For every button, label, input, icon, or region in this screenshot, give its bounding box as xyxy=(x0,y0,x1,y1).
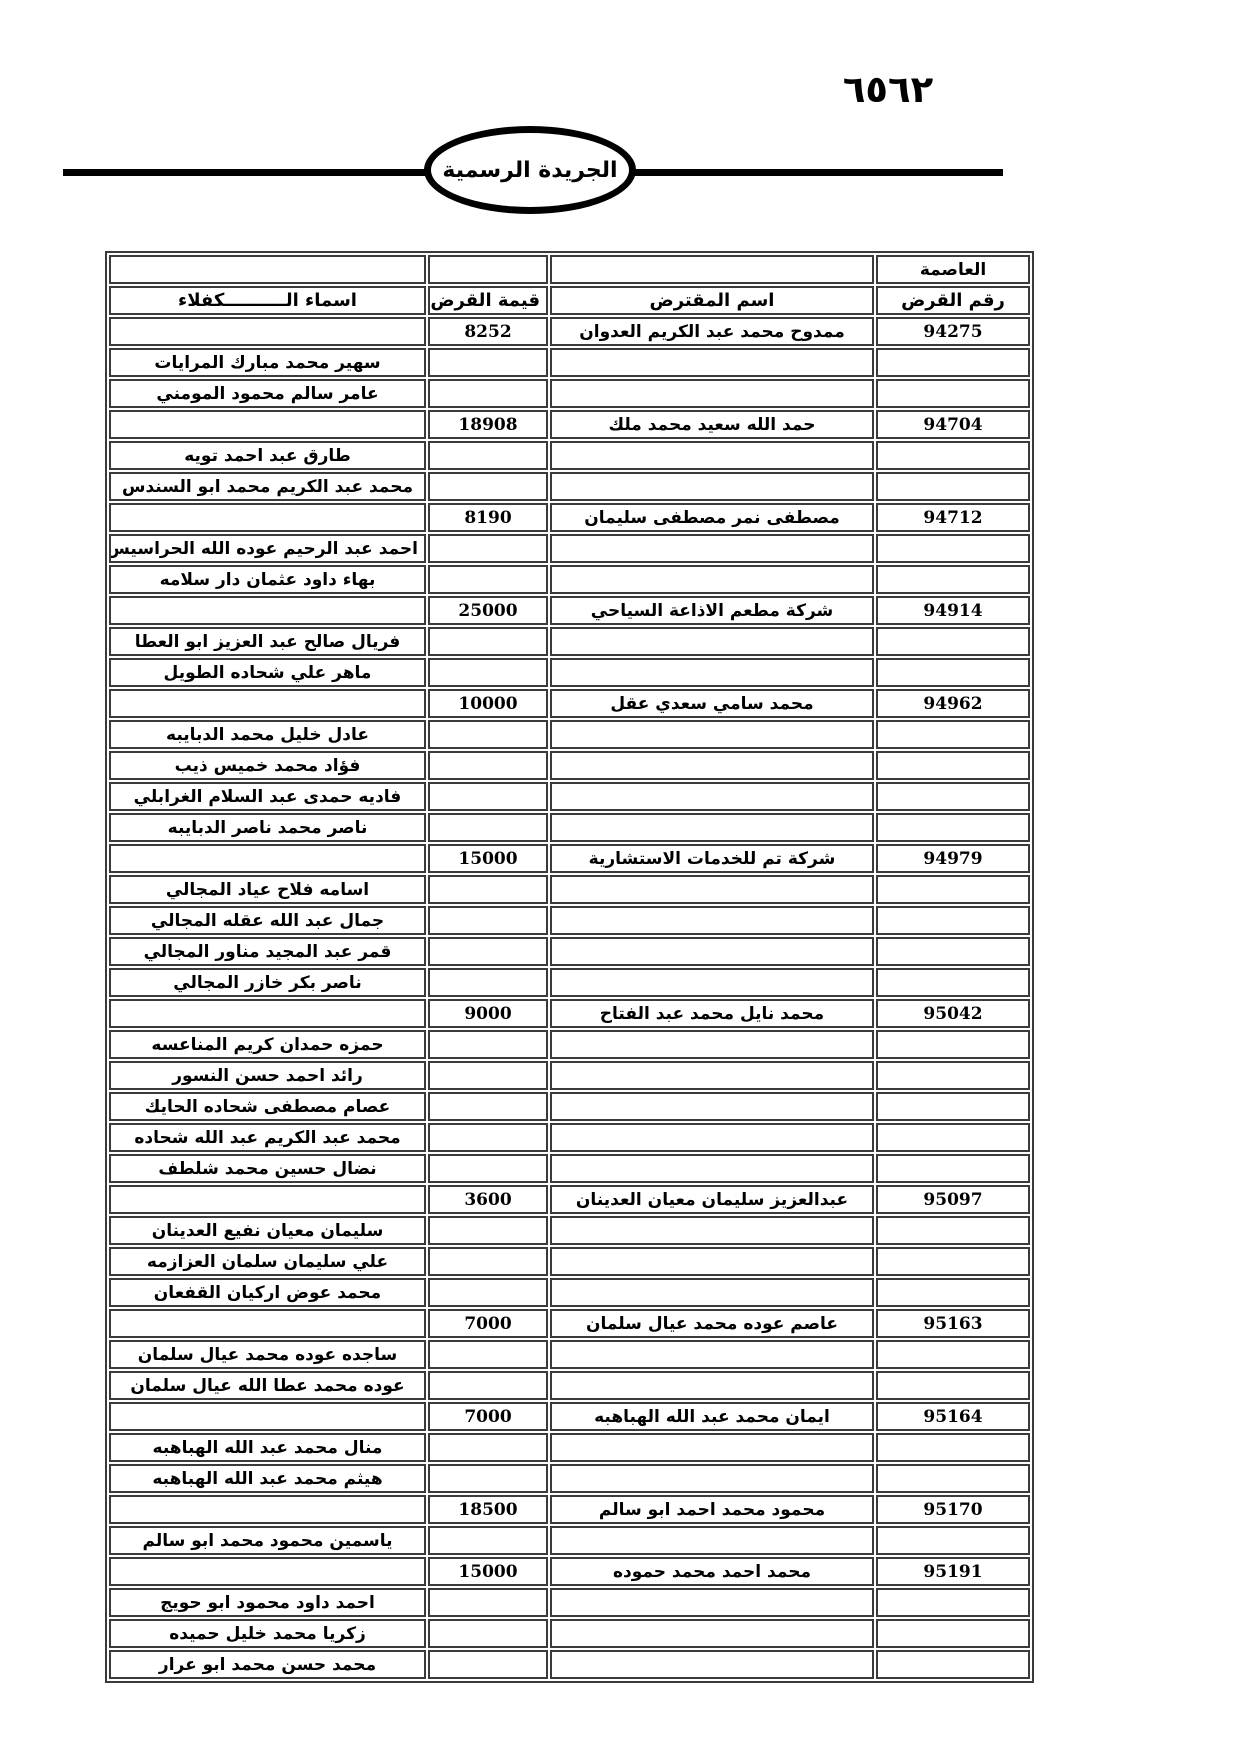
table-row: طارق عبد احمد تويه xyxy=(109,441,1030,470)
amount-cell: 10000 xyxy=(428,689,548,718)
guarantor-cell: عامر سالم محمود المومني xyxy=(109,379,426,408)
guarantor-cell: ناصر بكر خازر المجالي xyxy=(109,968,426,997)
borrower-cell xyxy=(550,1123,874,1152)
amount-cell xyxy=(428,875,548,904)
amount-cell xyxy=(428,1247,548,1276)
region-row: العاصمة xyxy=(109,255,1030,284)
table-row: 94979 شركة تم للخدمات الاستشارية 15000 xyxy=(109,844,1030,873)
table-row: 95042 محمد نايل محمد عبد الفتاح 9000 xyxy=(109,999,1030,1028)
borrower-cell xyxy=(550,1216,874,1245)
loan-number-cell xyxy=(876,1464,1030,1493)
guarantor-cell: ساجده عوده محمد عيال سلمان xyxy=(109,1340,426,1369)
borrower-cell xyxy=(550,1030,874,1059)
borrower-cell xyxy=(550,1526,874,1555)
amount-cell: 18500 xyxy=(428,1495,548,1524)
borrower-cell xyxy=(550,1278,874,1307)
amount-cell xyxy=(428,441,548,470)
borrower-cell: محمد سامي سعدي عقل xyxy=(550,689,874,718)
table-row: 94712 مصطفى نمر مصطفى سليمان 8190 xyxy=(109,503,1030,532)
borrower-cell: عبدالعزيز سليمان معيان العدينان xyxy=(550,1185,874,1214)
table-row: علي سليمان سلمان العزازمه xyxy=(109,1247,1030,1276)
loan-number-cell xyxy=(876,348,1030,377)
borrower-cell xyxy=(550,565,874,594)
amount-cell xyxy=(428,565,548,594)
amount-cell xyxy=(428,906,548,935)
loan-number-cell: 94962 xyxy=(876,689,1030,718)
loan-number-cell xyxy=(876,658,1030,687)
amount-cell: 8190 xyxy=(428,503,548,532)
guarantor-cell: هيثم محمد عبد الله الهباهبه xyxy=(109,1464,426,1493)
table-row: قمر عبد المجيد مناور المجالي xyxy=(109,937,1030,966)
amount-cell xyxy=(428,1061,548,1090)
amount-cell xyxy=(428,534,548,563)
borrower-cell: ايمان محمد عبد الله الهباهبه xyxy=(550,1402,874,1431)
borrower-cell xyxy=(550,1092,874,1121)
loan-number-cell xyxy=(876,751,1030,780)
table-row: محمد عوض اركيان القفعان xyxy=(109,1278,1030,1307)
loan-number-cell: 94704 xyxy=(876,410,1030,439)
loan-number-cell xyxy=(876,1650,1030,1679)
amount-cell xyxy=(428,1433,548,1462)
guarantor-cell: عادل خليل محمد الدبايبه xyxy=(109,720,426,749)
loan-number-cell xyxy=(876,627,1030,656)
amount-cell xyxy=(428,1154,548,1183)
amount-cell: 15000 xyxy=(428,1557,548,1586)
borrower-cell: شركة تم للخدمات الاستشارية xyxy=(550,844,874,873)
borrower-cell xyxy=(550,1247,874,1276)
loan-number-cell xyxy=(876,906,1030,935)
borrower-cell: محمد نايل محمد عبد الفتاح xyxy=(550,999,874,1028)
amount-cell xyxy=(428,968,548,997)
amount-cell xyxy=(428,472,548,501)
table-row: حمزه حمدان كريم المناعسه xyxy=(109,1030,1030,1059)
loans-table: العاصمة رقم القرض اسم المقترض قيمة القرض… xyxy=(105,251,1034,1683)
guarantor-cell: نضال حسين محمد شلطف xyxy=(109,1154,426,1183)
table-row: منال محمد عبد الله الهباهبه xyxy=(109,1433,1030,1462)
guarantor-cell: زكريا محمد خليل حميده xyxy=(109,1619,426,1648)
table-row: 94704 حمد الله سعيد محمد ملك 18908 xyxy=(109,410,1030,439)
amount-cell xyxy=(428,1650,548,1679)
table-row: ياسمين محمود محمد ابو سالم xyxy=(109,1526,1030,1555)
amount-cell xyxy=(428,348,548,377)
amount-cell xyxy=(428,1526,548,1555)
amount-cell xyxy=(428,1588,548,1617)
guarantor-cell: احمد داود محمود ابو حويج xyxy=(109,1588,426,1617)
table-row: محمد حسن محمد ابو عرار xyxy=(109,1650,1030,1679)
guarantor-cell xyxy=(109,999,426,1028)
table-row: ناصر محمد ناصر الدبايبه xyxy=(109,813,1030,842)
borrower-cell xyxy=(550,441,874,470)
loan-number-cell xyxy=(876,1371,1030,1400)
guarantor-cell: بهاء داود عثمان دار سلامه xyxy=(109,565,426,594)
borrower-cell xyxy=(550,1650,874,1679)
table-row: بهاء داود عثمان دار سلامه xyxy=(109,565,1030,594)
table-row: رائد احمد حسن النسور xyxy=(109,1061,1030,1090)
amount-cell xyxy=(428,937,548,966)
borrower-cell xyxy=(550,782,874,811)
loan-number-cell: 95191 xyxy=(876,1557,1030,1586)
guarantor-cell xyxy=(109,844,426,873)
guarantor-cell: طارق عبد احمد تويه xyxy=(109,441,426,470)
loan-number-cell xyxy=(876,813,1030,842)
loan-number-cell xyxy=(876,565,1030,594)
loan-number-cell: 94979 xyxy=(876,844,1030,873)
borrower-cell xyxy=(550,1464,874,1493)
amount-cell xyxy=(428,1278,548,1307)
table-row: 95170 محمود محمد احمد ابو سالم 18500 xyxy=(109,1495,1030,1524)
table-row: سليمان معيان نفيع العدينان xyxy=(109,1216,1030,1245)
header-borrower: اسم المقترض xyxy=(550,286,874,315)
guarantor-cell xyxy=(109,1402,426,1431)
amount-cell xyxy=(428,1123,548,1152)
amount-cell xyxy=(428,658,548,687)
guarantor-cell xyxy=(109,410,426,439)
amount-cell xyxy=(428,1092,548,1121)
amount-cell xyxy=(428,782,548,811)
table-row: جمال عبد الله عقله المجالي xyxy=(109,906,1030,935)
loan-number-cell: 94275 xyxy=(876,317,1030,346)
table-row: عوده محمد عطا الله عيال سلمان xyxy=(109,1371,1030,1400)
table-row: احمد عبد الرحيم عوده الله الحراسيس xyxy=(109,534,1030,563)
guarantor-cell: ناصر محمد ناصر الدبايبه xyxy=(109,813,426,842)
borrower-cell: شركة مطعم الاذاعة السياحي xyxy=(550,596,874,625)
loan-number-cell xyxy=(876,875,1030,904)
table-row: 95097 عبدالعزيز سليمان معيان العدينان 36… xyxy=(109,1185,1030,1214)
guarantor-cell xyxy=(109,689,426,718)
borrower-cell xyxy=(550,658,874,687)
amount-cell xyxy=(428,1030,548,1059)
table-row: هيثم محمد عبد الله الهباهبه xyxy=(109,1464,1030,1493)
borrower-cell xyxy=(550,472,874,501)
borrower-cell xyxy=(550,627,874,656)
guarantor-cell: سهير محمد مبارك المرايات xyxy=(109,348,426,377)
loan-number-cell: 94914 xyxy=(876,596,1030,625)
borrower-cell: مصطفى نمر مصطفى سليمان xyxy=(550,503,874,532)
borrower-cell: حمد الله سعيد محمد ملك xyxy=(550,410,874,439)
amount-cell: 7000 xyxy=(428,1309,548,1338)
region-label-cell: العاصمة xyxy=(876,255,1030,284)
table-row: عادل خليل محمد الدبايبه xyxy=(109,720,1030,749)
loan-number-cell: 95097 xyxy=(876,1185,1030,1214)
amount-cell xyxy=(428,1371,548,1400)
empty-cell xyxy=(428,255,548,284)
table-row: احمد داود محمود ابو حويج xyxy=(109,1588,1030,1617)
guarantor-cell: محمد عبد الكريم محمد ابو السندس xyxy=(109,472,426,501)
gazette-title-oval: الجريدة الرسمية xyxy=(424,126,636,214)
guarantor-cell: ماهر علي شحاده الطويل xyxy=(109,658,426,687)
guarantor-cell: علي سليمان سلمان العزازمه xyxy=(109,1247,426,1276)
guarantor-cell: محمد عوض اركيان القفعان xyxy=(109,1278,426,1307)
loan-number-cell xyxy=(876,1619,1030,1648)
loan-number-cell xyxy=(876,1092,1030,1121)
amount-cell xyxy=(428,627,548,656)
borrower-cell xyxy=(550,1061,874,1090)
borrower-cell xyxy=(550,875,874,904)
guarantor-cell: قمر عبد المجيد مناور المجالي xyxy=(109,937,426,966)
guarantor-cell: اسامه فلاح عياد المجالي xyxy=(109,875,426,904)
amount-cell: 9000 xyxy=(428,999,548,1028)
amount-cell xyxy=(428,751,548,780)
borrower-cell xyxy=(550,1588,874,1617)
loan-number-cell xyxy=(876,1588,1030,1617)
loan-number-cell xyxy=(876,534,1030,563)
guarantor-cell: جمال عبد الله عقله المجالي xyxy=(109,906,426,935)
guarantor-cell: منال محمد عبد الله الهباهبه xyxy=(109,1433,426,1462)
borrower-cell: محمد احمد محمد حموده xyxy=(550,1557,874,1586)
table-row: عصام مصطفى شحاده الحايك xyxy=(109,1092,1030,1121)
guarantor-cell: عوده محمد عطا الله عيال سلمان xyxy=(109,1371,426,1400)
table-row: اسامه فلاح عياد المجالي xyxy=(109,875,1030,904)
guarantor-cell: محمد عبد الكريم عبد الله شحاده xyxy=(109,1123,426,1152)
amount-cell: 15000 xyxy=(428,844,548,873)
guarantor-cell xyxy=(109,1309,426,1338)
borrower-cell: ممدوح محمد عبد الكريم العدوان xyxy=(550,317,874,346)
guarantor-cell: رائد احمد حسن النسور xyxy=(109,1061,426,1090)
table-row: سهير محمد مبارك المرايات xyxy=(109,348,1030,377)
guarantor-cell: محمد حسن محمد ابو عرار xyxy=(109,1650,426,1679)
table-row: 95164 ايمان محمد عبد الله الهباهبه 7000 xyxy=(109,1402,1030,1431)
loan-number-cell: 95170 xyxy=(876,1495,1030,1524)
borrower-cell: عاصم عوده محمد عيال سلمان xyxy=(550,1309,874,1338)
amount-cell: 8252 xyxy=(428,317,548,346)
table-row: محمد عبد الكريم عبد الله شحاده xyxy=(109,1123,1030,1152)
borrower-cell xyxy=(550,968,874,997)
guarantor-cell xyxy=(109,596,426,625)
loan-number-cell xyxy=(876,720,1030,749)
guarantor-cell xyxy=(109,1557,426,1586)
guarantor-cell: احمد عبد الرحيم عوده الله الحراسيس xyxy=(109,534,426,563)
guarantor-cell: حمزه حمدان كريم المناعسه xyxy=(109,1030,426,1059)
amount-cell xyxy=(428,1619,548,1648)
gazette-title: الجريدة الرسمية xyxy=(442,158,617,183)
borrower-cell xyxy=(550,379,874,408)
table-row: 95163 عاصم عوده محمد عيال سلمان 7000 xyxy=(109,1309,1030,1338)
header-guarantors: اسماء الــــــــــكفلاء xyxy=(109,286,426,315)
amount-cell: 7000 xyxy=(428,1402,548,1431)
borrower-cell xyxy=(550,937,874,966)
loan-number-cell xyxy=(876,1216,1030,1245)
table-row: 94275 ممدوح محمد عبد الكريم العدوان 8252 xyxy=(109,317,1030,346)
borrower-cell xyxy=(550,1433,874,1462)
amount-cell: 3600 xyxy=(428,1185,548,1214)
page-number: ٦٥٦٢ xyxy=(828,68,948,111)
loan-number-cell: 95164 xyxy=(876,1402,1030,1431)
borrower-cell xyxy=(550,348,874,377)
table-row: محمد عبد الكريم محمد ابو السندس xyxy=(109,472,1030,501)
borrower-cell xyxy=(550,1154,874,1183)
table-row: 95191 محمد احمد محمد حموده 15000 xyxy=(109,1557,1030,1586)
empty-cell xyxy=(109,255,426,284)
loan-number-cell xyxy=(876,1340,1030,1369)
guarantor-cell: فريال صالح عبد العزيز ابو العطا xyxy=(109,627,426,656)
borrower-cell: محمود محمد احمد ابو سالم xyxy=(550,1495,874,1524)
table-row: فؤاد محمد خميس ذيب xyxy=(109,751,1030,780)
table-row: ساجده عوده محمد عيال سلمان xyxy=(109,1340,1030,1369)
guarantor-cell xyxy=(109,1185,426,1214)
borrower-cell xyxy=(550,751,874,780)
amount-cell: 25000 xyxy=(428,596,548,625)
table-row: 94914 شركة مطعم الاذاعة السياحي 25000 xyxy=(109,596,1030,625)
loan-number-cell xyxy=(876,1030,1030,1059)
loan-number-cell xyxy=(876,968,1030,997)
table-row: فاديه حمدى عبد السلام الغرابلي xyxy=(109,782,1030,811)
loan-number-cell xyxy=(876,1247,1030,1276)
loan-number-cell xyxy=(876,1123,1030,1152)
table-row: فريال صالح عبد العزيز ابو العطا xyxy=(109,627,1030,656)
amount-cell xyxy=(428,813,548,842)
guarantor-cell xyxy=(109,1495,426,1524)
loan-number-cell xyxy=(876,1278,1030,1307)
table-row: ماهر علي شحاده الطويل xyxy=(109,658,1030,687)
loan-number-cell: 94712 xyxy=(876,503,1030,532)
guarantor-cell xyxy=(109,317,426,346)
borrower-cell xyxy=(550,534,874,563)
loan-number-cell: 95042 xyxy=(876,999,1030,1028)
guarantor-cell: عصام مصطفى شحاده الحايك xyxy=(109,1092,426,1121)
borrower-cell xyxy=(550,720,874,749)
guarantor-cell: فؤاد محمد خميس ذيب xyxy=(109,751,426,780)
amount-cell xyxy=(428,720,548,749)
header-loan-number: رقم القرض xyxy=(876,286,1030,315)
loans-table-body: العاصمة رقم القرض اسم المقترض قيمة القرض… xyxy=(109,255,1030,1679)
amount-cell: 18908 xyxy=(428,410,548,439)
table-row: ناصر بكر خازر المجالي xyxy=(109,968,1030,997)
amount-cell xyxy=(428,1464,548,1493)
loan-number-cell xyxy=(876,1526,1030,1555)
borrower-cell xyxy=(550,1619,874,1648)
guarantor-cell: ياسمين محمود محمد ابو سالم xyxy=(109,1526,426,1555)
loan-number-cell xyxy=(876,782,1030,811)
loan-number-cell: 95163 xyxy=(876,1309,1030,1338)
loan-number-cell xyxy=(876,379,1030,408)
borrower-cell xyxy=(550,1340,874,1369)
header-amount: قيمة القرض xyxy=(428,286,548,315)
table-row: عامر سالم محمود المومني xyxy=(109,379,1030,408)
guarantor-cell: سليمان معيان نفيع العدينان xyxy=(109,1216,426,1245)
table-row: نضال حسين محمد شلطف xyxy=(109,1154,1030,1183)
header-row: رقم القرض اسم المقترض قيمة القرض اسماء ا… xyxy=(109,286,1030,315)
borrower-cell xyxy=(550,813,874,842)
borrower-cell xyxy=(550,906,874,935)
amount-cell xyxy=(428,1216,548,1245)
guarantor-cell: فاديه حمدى عبد السلام الغرابلي xyxy=(109,782,426,811)
loan-number-cell xyxy=(876,1061,1030,1090)
guarantor-cell xyxy=(109,503,426,532)
amount-cell xyxy=(428,379,548,408)
loan-number-cell xyxy=(876,1154,1030,1183)
table-row: 94962 محمد سامي سعدي عقل 10000 xyxy=(109,689,1030,718)
loan-number-cell xyxy=(876,1433,1030,1462)
loan-number-cell xyxy=(876,937,1030,966)
gazette-page: ٦٥٦٢ الجريدة الرسمية العاصمة رقم القرض ا… xyxy=(0,0,1241,1755)
empty-cell xyxy=(550,255,874,284)
amount-cell xyxy=(428,1340,548,1369)
table-row: زكريا محمد خليل حميده xyxy=(109,1619,1030,1648)
borrower-cell xyxy=(550,1371,874,1400)
loan-number-cell xyxy=(876,472,1030,501)
loan-number-cell xyxy=(876,441,1030,470)
